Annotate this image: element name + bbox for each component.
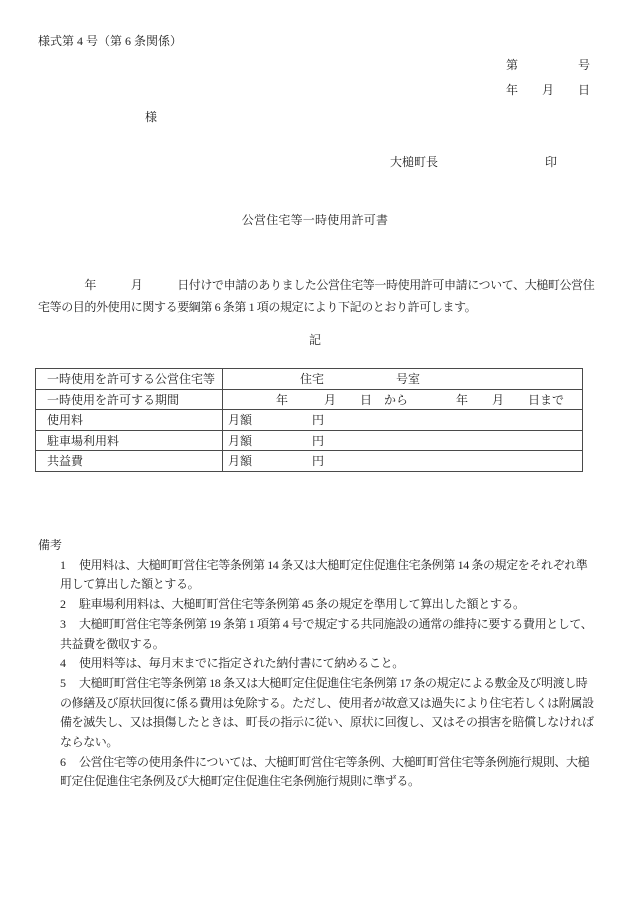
document-title: 公営住宅等一時使用許可書 <box>0 211 630 228</box>
row-label: 使用料 <box>36 410 223 431</box>
table-row-common-fee: 共益費 月額 円 <box>36 451 583 472</box>
row-value: 月額 円 <box>223 410 583 431</box>
note-text: 駐車場利用料は、大槌町町営住宅等条例第 45 条の規定を準用して算出した額とする… <box>79 597 525 611</box>
note-item: 6公営住宅等の使用条件については、大槌町町営住宅等条例、大槌町町営住宅等条例施行… <box>38 753 594 792</box>
row-label: 駐車場利用料 <box>36 430 223 451</box>
row-label: 一時使用を許可する公営住宅等 <box>36 369 223 390</box>
table-row-housing: 一時使用を許可する公営住宅等 住宅 号室 <box>36 369 583 390</box>
body-paragraph: 年 月 日付けで申請のありました公営住宅等一時使用許可申請について、大槌町公営住… <box>38 274 604 318</box>
note-text: 使用料は、大槌町町営住宅等条例第 14 条又は大槌町定住促進住宅条例第 14 条… <box>60 558 587 592</box>
note-item: 1使用料は、大槌町町営住宅等条例第 14 条又は大槌町定住促進住宅条例第 14 … <box>38 556 594 595</box>
table-row-usage-fee: 使用料 月額 円 <box>36 410 583 431</box>
table-row-period: 一時使用を許可する期間 年 月 日 から 年 月 日まで <box>36 389 583 410</box>
note-text: 使用料等は、毎月末までに指定された納付書にて納めること。 <box>79 656 404 670</box>
note-number: 6 <box>60 753 66 773</box>
note-number: 4 <box>60 654 66 674</box>
note-item: 2駐車場利用料は、大槌町町営住宅等条例第 45 条の規定を準用して算出した額とす… <box>38 595 594 615</box>
addressee-suffix: 様 <box>145 108 157 125</box>
note-item: 5大槌町町営住宅等条例第 18 条又は大槌町定住促進住宅条例第 17 条の規定に… <box>38 674 594 753</box>
row-value: 年 月 日 から 年 月 日まで <box>223 389 583 410</box>
note-number: 5 <box>60 674 66 694</box>
note-number: 1 <box>60 556 66 576</box>
doc-number-line: 第 号 <box>506 56 590 73</box>
row-value: 月額 円 <box>223 430 583 451</box>
doc-date-line: 年 月 日 <box>506 81 590 98</box>
row-label: 一時使用を許可する期間 <box>36 389 223 410</box>
note-text: 大槌町町営住宅等条例第 19 条第 1 項第 4 号で規定する共同施設の通常の維… <box>60 617 592 651</box>
record-marker: 記 <box>0 331 630 348</box>
note-item: 3大槌町町営住宅等条例第 19 条第 1 項第 4 号で規定する共同施設の通常の… <box>38 615 594 654</box>
note-text: 大槌町町営住宅等条例第 18 条又は大槌町定住促進住宅条例第 17 条の規定によ… <box>60 676 594 749</box>
seal-placeholder: 印 <box>545 153 557 170</box>
issuer-title: 大槌町長 <box>390 153 438 170</box>
table-row-parking-fee: 駐車場利用料 月額 円 <box>36 430 583 451</box>
note-number: 3 <box>60 615 66 635</box>
row-label: 共益費 <box>36 451 223 472</box>
row-value: 月額 円 <box>223 451 583 472</box>
notes-section: 備考 1使用料は、大槌町町営住宅等条例第 14 条又は大槌町定住促進住宅条例第 … <box>38 536 594 792</box>
document-page: 様式第 4 号（第 6 条関係） 第 号 年 月 日 様 大槌町長 印 公営住宅… <box>0 0 630 903</box>
notes-title: 備考 <box>38 536 594 556</box>
note-item: 4使用料等は、毎月末までに指定された納付書にて納めること。 <box>38 654 594 674</box>
row-value: 住宅 号室 <box>223 369 583 390</box>
permit-table: 一時使用を許可する公営住宅等 住宅 号室 一時使用を許可する期間 年 月 日 か… <box>35 368 583 472</box>
note-number: 2 <box>60 595 66 615</box>
form-number: 様式第 4 号（第 6 条関係） <box>38 32 182 49</box>
note-text: 公営住宅等の使用条件については、大槌町町営住宅等条例、大槌町町営住宅等条例施行規… <box>60 755 589 789</box>
